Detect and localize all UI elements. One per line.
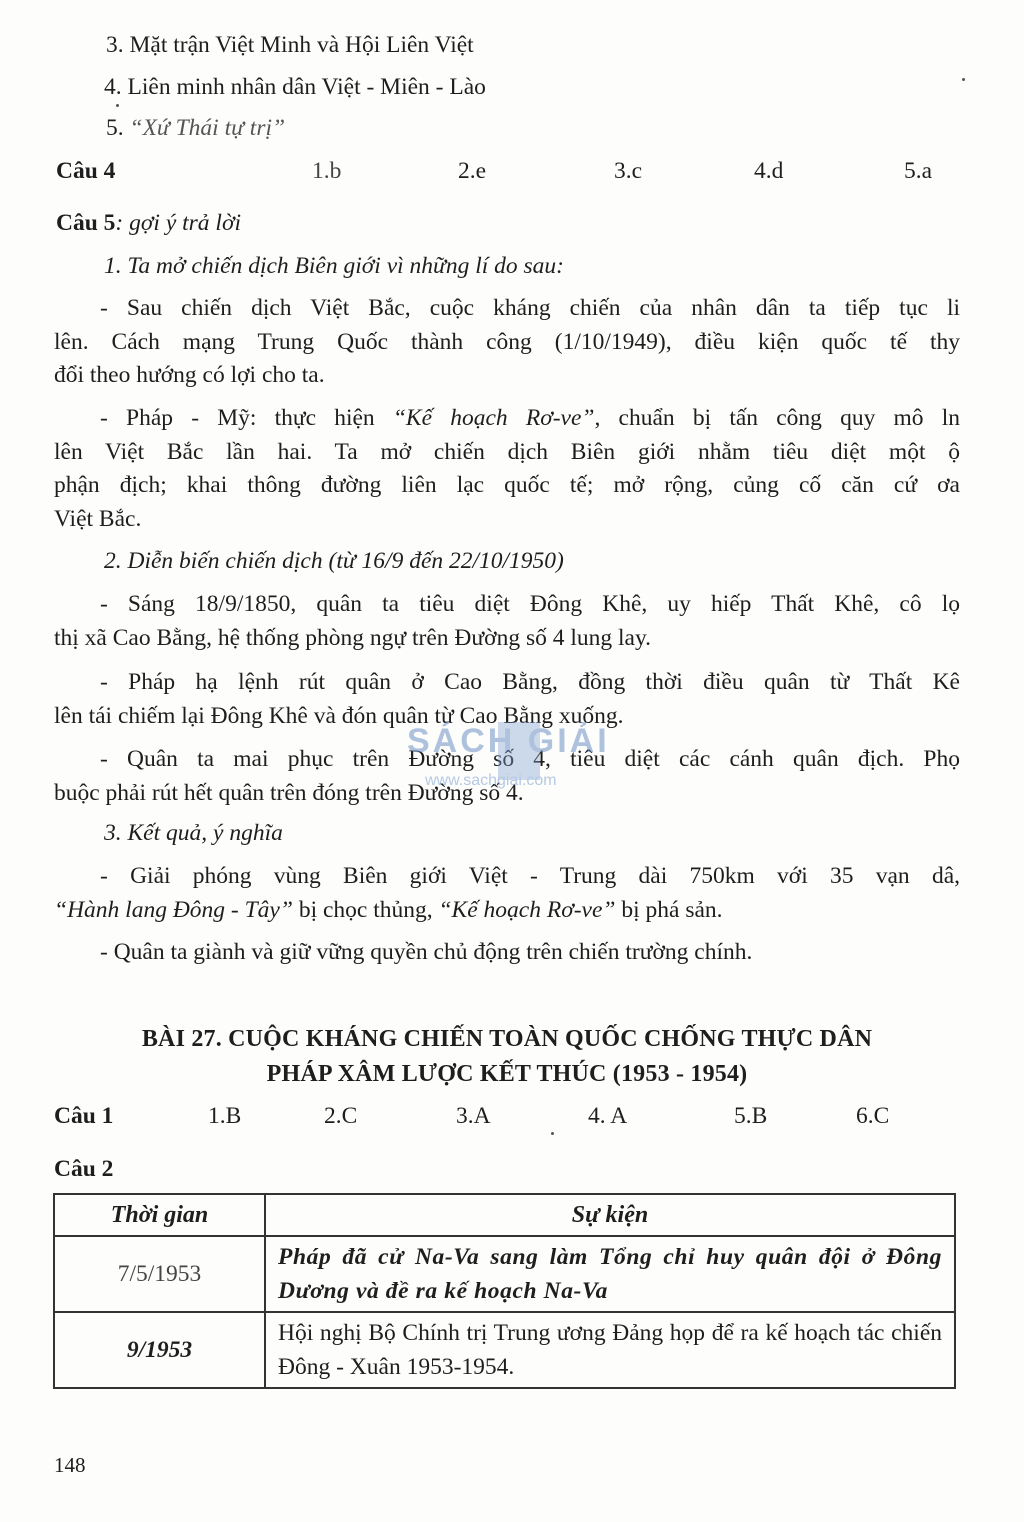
answer: 4. A — [588, 1101, 627, 1131]
scan-speck — [116, 104, 119, 107]
question-label: Câu 1 — [54, 1101, 113, 1131]
event-cell: Pháp đã cử Na-Va sang làm Tổng chỉ huy q… — [265, 1236, 955, 1312]
paragraph: - Quân ta giành và giữ vững quyền chủ độ… — [100, 937, 752, 967]
question-label: Câu 4 — [56, 156, 115, 186]
answer: 2.C — [324, 1101, 357, 1131]
list-item: 4. Liên minh nhân dân Việt - Miên - Lào — [104, 72, 486, 102]
paragraph: - Pháp hạ lệnh rút quân ở Cao Bằng, đồng… — [54, 666, 960, 733]
section-title: 1. Ta mở chiến dịch Biên giới vì những l… — [104, 251, 564, 281]
column-header-time: Thời gian — [54, 1194, 265, 1236]
answer: 5.B — [734, 1101, 767, 1131]
paragraph: - Giải phóng vùng Biên giới Việt - Trung… — [54, 860, 960, 927]
event-cell: Hội nghị Bộ Chính trị Trung ương Đảng họ… — [265, 1312, 955, 1388]
scan-speck — [551, 1132, 554, 1135]
question-heading: Câu 5: gợi ý trả lời — [56, 208, 241, 238]
time-cell: 9/1953 — [54, 1312, 265, 1388]
answer: 1.b — [312, 156, 341, 186]
list-item: 5. “Xứ Thái tự trị” — [106, 113, 285, 143]
table-row: 7/5/1953 Pháp đã cử Na-Va sang làm Tổng … — [54, 1236, 955, 1312]
time-cell: 7/5/1953 — [54, 1236, 265, 1312]
column-header-event: Sự kiện — [265, 1194, 955, 1236]
paragraph: - Sau chiến dịch Việt Bắc, cuộc kháng ch… — [54, 292, 960, 393]
cau1-answers: Câu 1 1.B 2.C 3.A 4. A 5.B 6.C — [54, 1101, 954, 1131]
answer: 3.A — [456, 1101, 491, 1131]
answer: 1.B — [208, 1101, 241, 1131]
lesson-title: BÀI 27. CUỘC KHÁNG CHIẾN TOÀN QUỐC CHỐNG… — [54, 1022, 960, 1056]
answer: 2.e — [458, 156, 486, 186]
table-row: 9/1953 Hội nghị Bộ Chính trị Trung ương … — [54, 1312, 955, 1388]
answer: 6.C — [856, 1101, 889, 1131]
answer: 3.c — [614, 156, 642, 186]
answer: 5.a — [904, 156, 932, 186]
section-title: 3. Kết quả, ý nghĩa — [104, 818, 283, 848]
question-label: Câu 2 — [54, 1154, 113, 1184]
lesson-title: PHÁP XÂM LƯỢC KẾT THÚC (1953 - 1954) — [54, 1057, 960, 1091]
section-title: 2. Diễn biến chiến dịch (từ 16/9 đến 22/… — [104, 546, 564, 576]
events-table: Thời gian Sự kiện 7/5/1953 Pháp đã cử Na… — [53, 1193, 956, 1389]
scan-speck — [962, 78, 965, 81]
paragraph: - Quân ta mai phục trên Đường số 4, tiêu… — [54, 743, 960, 810]
paragraph: - Pháp - Mỹ: thực hiện “Kế hoạch Rơ-ve”,… — [54, 402, 960, 536]
paragraph: - Sáng 18/9/1850, quân ta tiêu diệt Đông… — [54, 588, 960, 655]
page-number: 148 — [54, 1453, 86, 1478]
cau4-answers: Câu 4 1.b 2.e 3.c 4.d 5.a — [54, 156, 954, 186]
table-header-row: Thời gian Sự kiện — [54, 1194, 955, 1236]
answer: 4.d — [754, 156, 783, 186]
list-item: 3. Mặt trận Việt Minh và Hội Liên Việt — [106, 30, 474, 60]
